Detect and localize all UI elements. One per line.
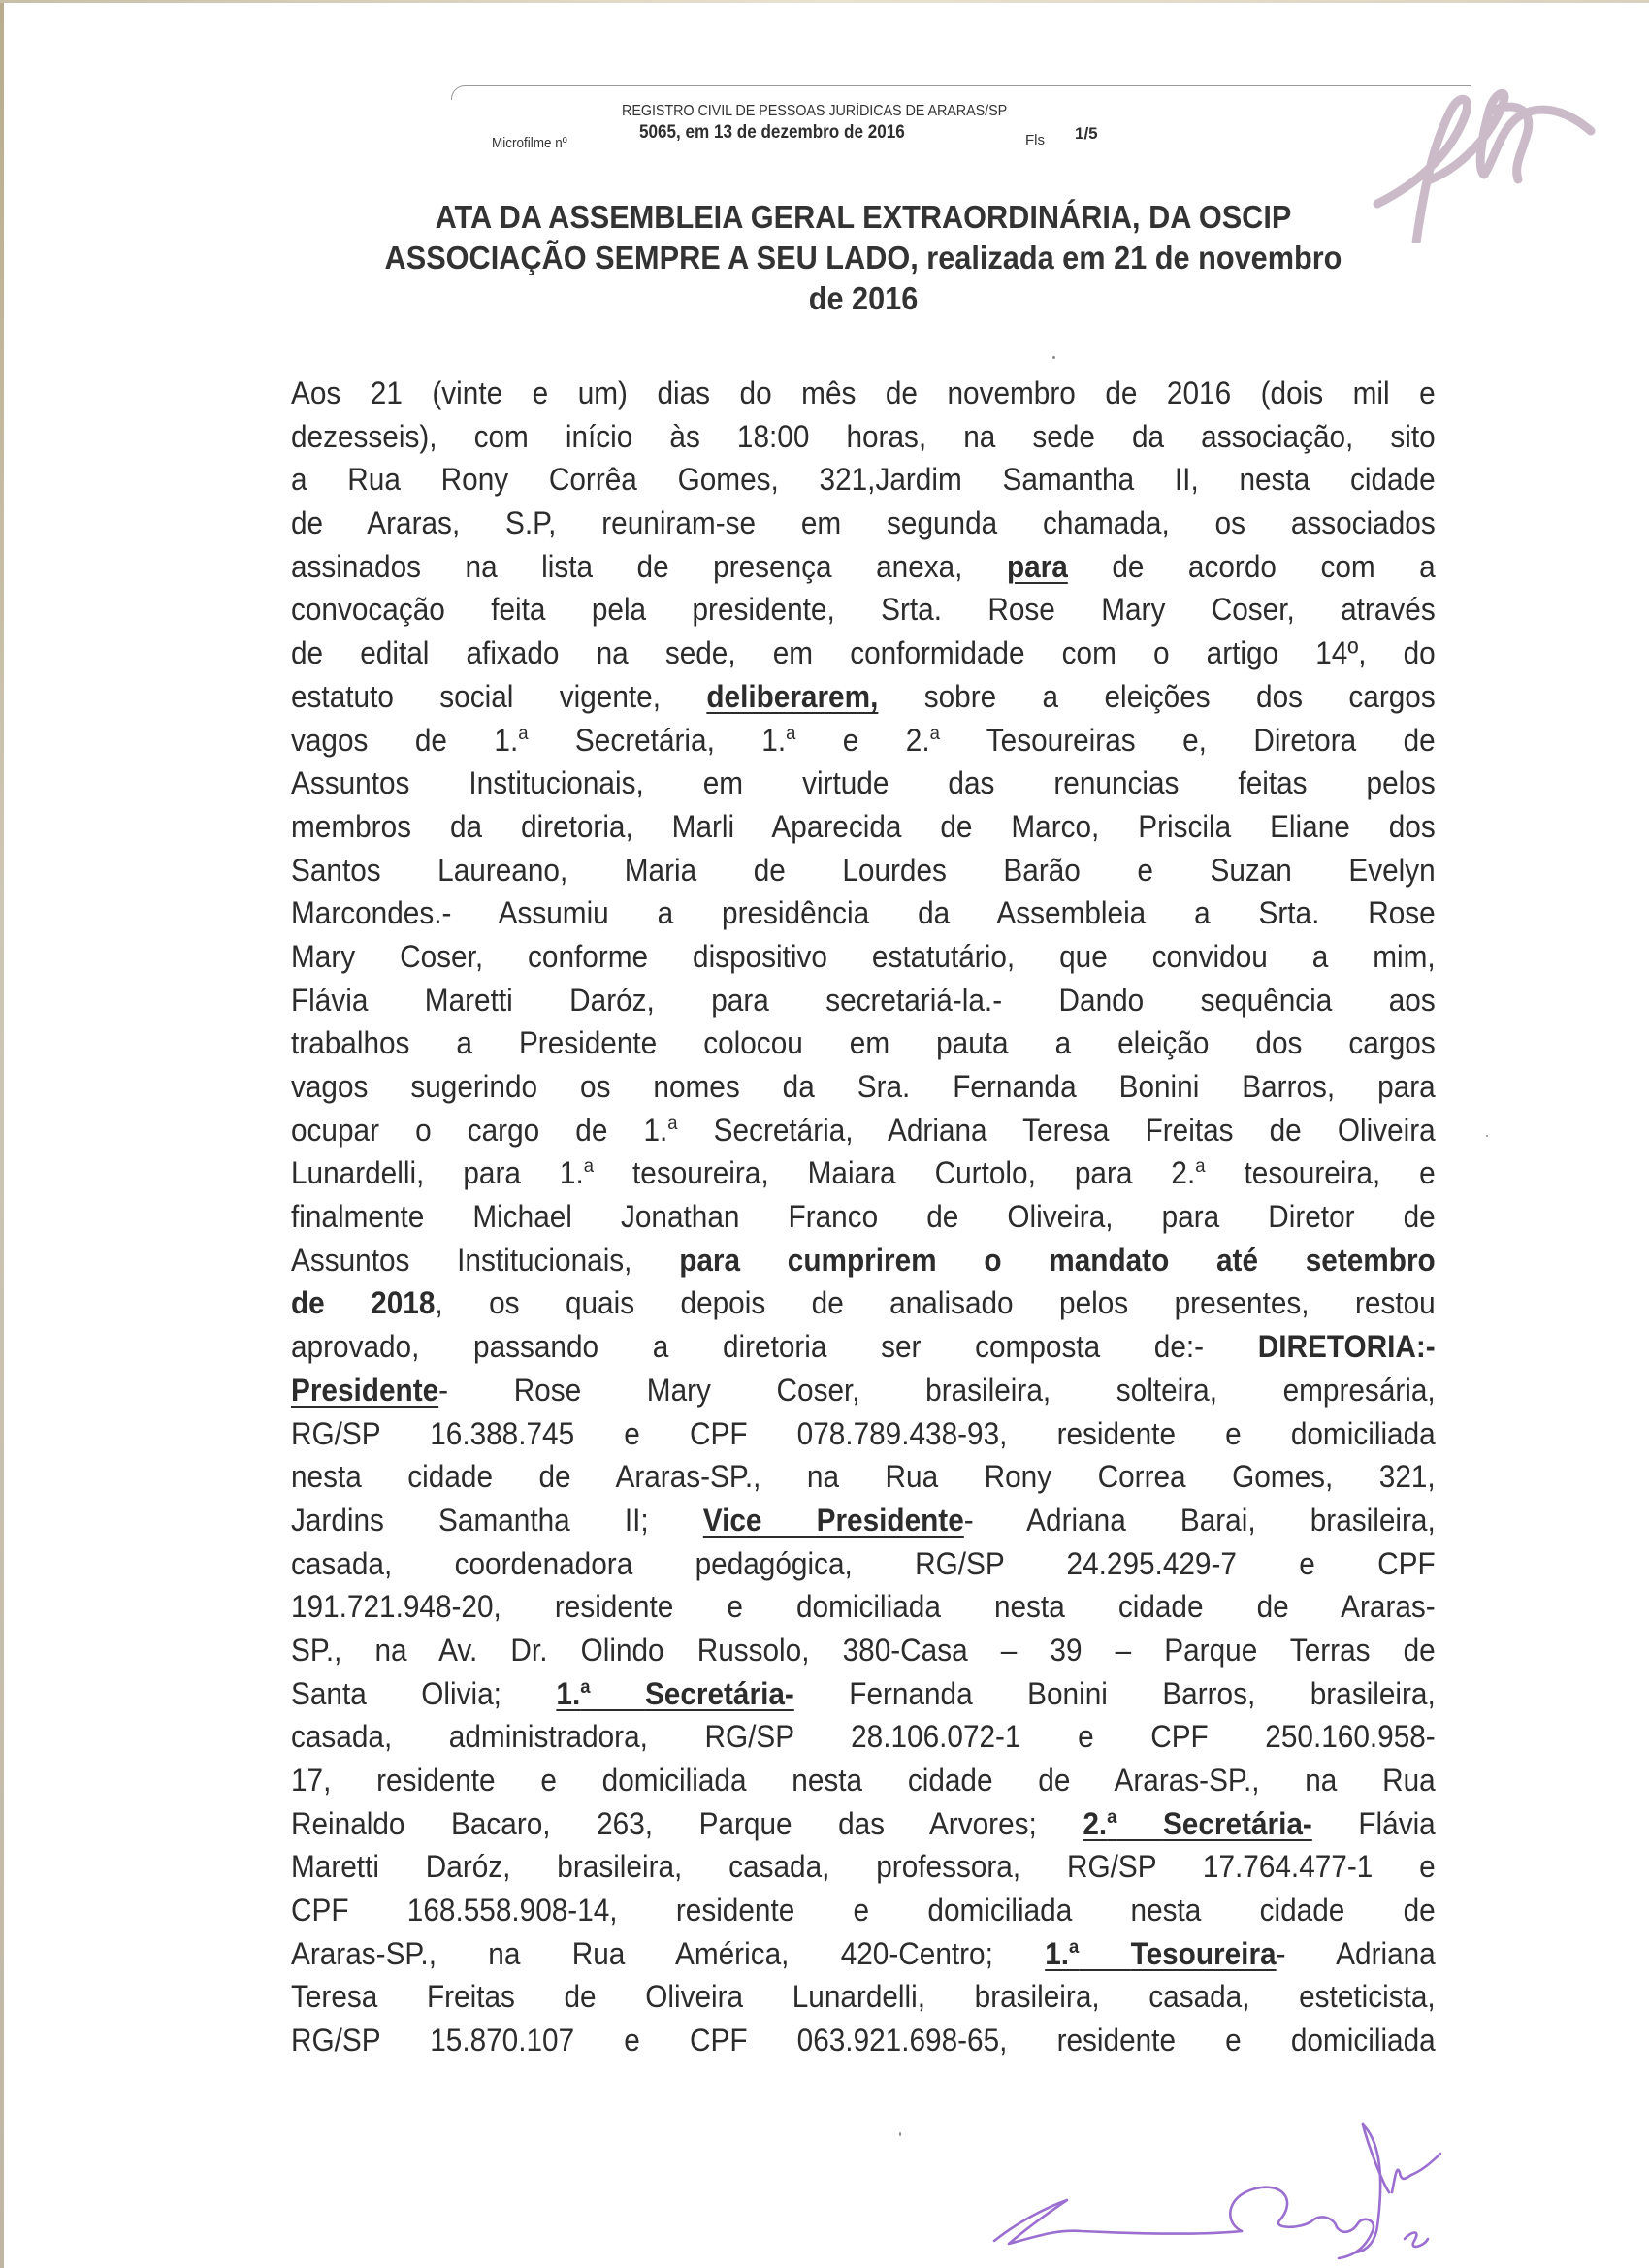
body-line: Reinaldo Bacaro, 263, Parque das Arvores…	[291, 1802, 1436, 1846]
body-line: de Araras, S.P, reuniram-se em segunda c…	[291, 502, 1436, 545]
minutes-body: Aos 21 (vinte e um) dias do mês de novem…	[291, 372, 1436, 2062]
body-line: Presidente- Rose Mary Coser, brasileira,…	[291, 1369, 1436, 1412]
body-line: aprovado, passando a diretoria ser compo…	[291, 1325, 1436, 1369]
body-line: de edital afixado na sede, em conformida…	[291, 632, 1436, 675]
title-line-3: de 2016	[331, 278, 1395, 319]
body-line: 17, residente e domiciliada nesta cidade…	[291, 1759, 1436, 1802]
role-2-secretaria: 2.a Secretária-	[1083, 1806, 1311, 1841]
body-line: vagos de 1.a Secretária, 1.a e 2.a Tesou…	[291, 719, 1436, 762]
body-line: vagos sugerindo os nomes da Sra. Fernand…	[291, 1065, 1436, 1109]
body-line: convocação feita pela presidente, Srta. …	[291, 588, 1436, 632]
body-line: Jardins Samantha II; Vice Presidente- Ad…	[291, 1499, 1436, 1542]
body-line: Maretti Daróz, brasileira, casada, profe…	[291, 1845, 1436, 1889]
body-line: Santa Olivia; 1.a Secretária- Fernanda B…	[291, 1672, 1436, 1716]
body-line: finalmente Michael Jonathan Franco de Ol…	[291, 1195, 1436, 1239]
scan-speck	[1486, 1135, 1488, 1137]
body-line: ocupar o cargo de 1.a Secretária, Adrian…	[291, 1109, 1436, 1152]
body-line: estatuto social vigente, deliberarem, so…	[291, 675, 1436, 719]
stamp-microfilme-label: Microfilme nº	[492, 135, 567, 151]
body-line: membros da diretoria, Marli Aparecida de…	[291, 805, 1436, 849]
emphasis-deliberarem: deliberarem,	[706, 679, 878, 714]
body-line: Santos Laureano, Maria de Lourdes Barão …	[291, 849, 1436, 892]
title-line-2: ASSOCIAÇÃO SEMPRE A SEU LADO, realizada …	[331, 238, 1395, 278]
body-line: Assuntos Institucionais, para cumprirem …	[291, 1239, 1436, 1282]
body-line: Aos 21 (vinte e um) dias do mês de novem…	[291, 372, 1436, 415]
stamp-fls-label: Fls	[1025, 132, 1045, 148]
stamp-registry-name: REGISTRO CIVIL DE PESSOAS JURÍDICAS DE A…	[622, 103, 1007, 120]
scan-speck	[899, 2132, 901, 2136]
body-line: a Rua Rony Corrêa Gomes, 321,Jardim Sama…	[291, 458, 1436, 502]
emphasis-mandate: para cumprirem o mandato até setembro	[679, 1243, 1436, 1278]
stamp-number-date: 5065, em 13 de dezembro de 2016	[639, 122, 905, 144]
body-line: Mary Coser, conforme dispositivo estatut…	[291, 935, 1436, 979]
body-line: 191.721.948-20, residente e domiciliada …	[291, 1585, 1436, 1629]
body-line: RG/SP 15.870.107 e CPF 063.921.698-65, r…	[291, 2019, 1436, 2062]
body-line: Araras-SP., na Rua América, 420-Centro; …	[291, 1932, 1436, 1976]
initials-signature	[951, 2086, 1494, 2260]
stamp-border	[451, 85, 1471, 100]
body-line: Flávia Maretti Daróz, para secretariá-la…	[291, 979, 1436, 1022]
body-line: casada, coordenadora pedagógica, RG/SP 2…	[291, 1542, 1436, 1586]
body-line: de 2018, os quais depois de analisado pe…	[291, 1281, 1436, 1325]
body-line: RG/SP 16.388.745 e CPF 078.789.438-93, r…	[291, 1412, 1436, 1456]
body-line: CPF 168.558.908-14, residente e domicili…	[291, 1889, 1436, 1932]
role-vice-presidente: Vice Presidente	[703, 1503, 964, 1538]
body-line: trabalhos a Presidente colocou em pauta …	[291, 1021, 1436, 1065]
body-line: SP., na Av. Dr. Olindo Russolo, 380-Casa…	[291, 1629, 1436, 1672]
scan-speck	[1052, 356, 1055, 359]
stamp-page-number: 1/5	[1075, 124, 1098, 144]
heading-diretoria: DIRETORIA:-	[1258, 1329, 1436, 1364]
scan-edge	[0, 0, 4, 2268]
body-line: casada, administradora, RG/SP 28.106.072…	[291, 1715, 1436, 1759]
emphasis-para: para	[1007, 549, 1068, 584]
body-line: dezesseis), com início às 18:00 horas, n…	[291, 415, 1436, 459]
body-line: Lunardelli, para 1.a tesoureira, Maiara …	[291, 1151, 1436, 1195]
body-line: Marcondes.- Assumiu a presidência da Ass…	[291, 891, 1436, 935]
role-1-tesoureira: 1.a Tesoureira	[1045, 1936, 1276, 1971]
body-line: Teresa Freitas de Oliveira Lunardelli, b…	[291, 1975, 1436, 2019]
body-line: assinados na lista de presença anexa, pa…	[291, 545, 1436, 589]
body-line: nesta cidade de Araras-SP., na Rua Rony …	[291, 1455, 1436, 1499]
role-presidente: Presidente	[291, 1373, 438, 1408]
title-line-1: ATA DA ASSEMBLEIA GERAL EXTRAORDINÁRIA, …	[331, 197, 1395, 238]
document-title: ATA DA ASSEMBLEIA GERAL EXTRAORDINÁRIA, …	[291, 197, 1436, 319]
body-line: Assuntos Institucionais, em virtude das …	[291, 761, 1436, 805]
scan-edge	[0, 0, 1649, 3]
role-1-secretaria: 1.a Secretária-	[556, 1676, 793, 1711]
